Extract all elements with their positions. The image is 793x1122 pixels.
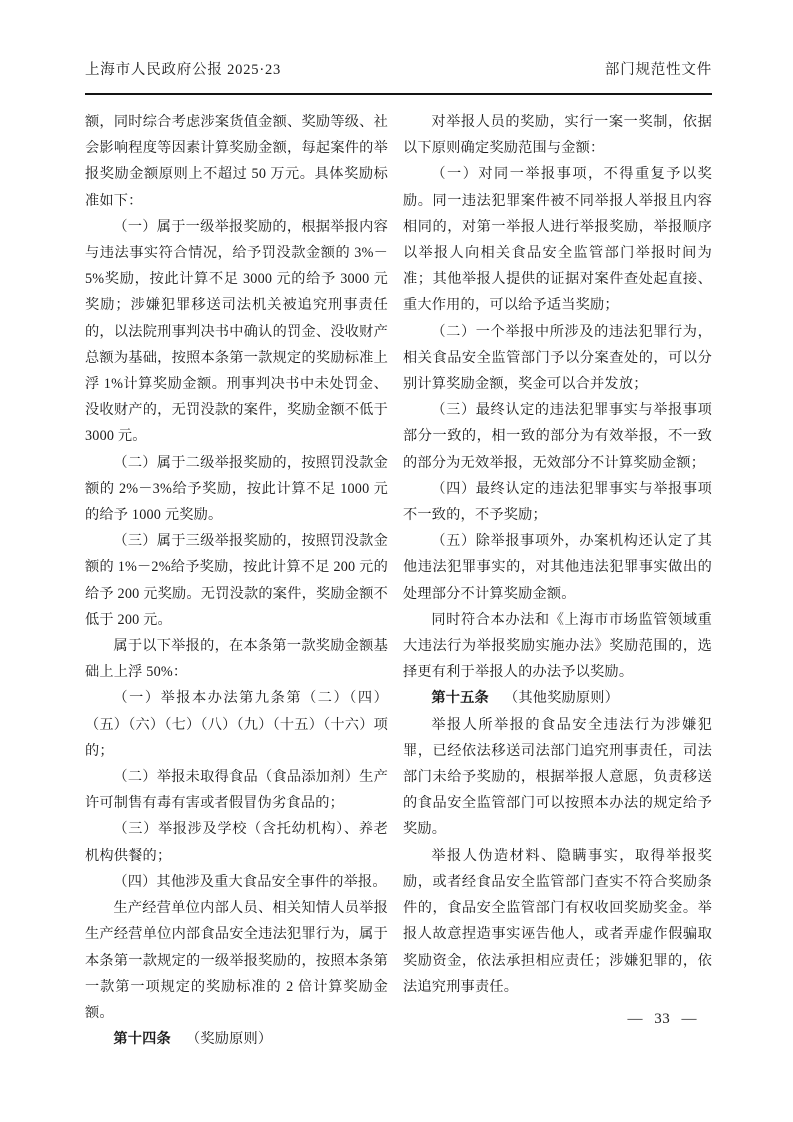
paragraph: （二）属于二级举报奖励的，按照罚没款金额的 2%－3%给予奖励，按此计算不足 1… — [85, 450, 388, 529]
paragraph-text: （三）属于三级举报奖励的，按照罚没款金额的 1%－2%给予奖励，按此计算不足 2… — [85, 533, 388, 628]
page-header: 上海市人民政府公报 2025·23 部门规范性文件 — [85, 58, 712, 79]
paragraph: 第十五条（其他奖励原则） — [403, 685, 712, 711]
header-divider — [85, 93, 712, 95]
paragraph-text: （一）属于一级举报奖励的，根据举报内容与违法事实符合情况，给予罚没款金额的 3%… — [85, 219, 388, 445]
paragraph-text: （其他奖励原则） — [504, 690, 619, 706]
paragraph: 举报人所举报的食品安全违法行为涉嫌犯罪，已经依法移送司法部门追究刑事责任，司法部… — [403, 712, 712, 843]
paragraph: 举报人伪造材料、隐瞒事实，取得举报奖励，或者经食品安全监管部门查实不符合奖励条件… — [403, 843, 712, 1000]
paragraph-text: （二）一个举报中所涉及的违法犯罪行为，相关食品安全监管部门予以分案查处的，可以分… — [403, 324, 712, 392]
paragraph-text: （三）最终认定的违法犯罪事实与举报事项部分一致的，相一致的部分为有效举报，不一致… — [403, 402, 712, 470]
paragraph: 生产经营单位内部人员、相关知情人员举报生产经营单位内部食品安全违法犯罪行为，属于… — [85, 895, 388, 1026]
paragraph-text: （一）举报本办法第九条第（二）（四）（五）（六）（七）（八）（九）（十五）（十六… — [85, 690, 388, 758]
paragraph: （四）其他涉及重大食品安全事件的举报。 — [85, 869, 388, 895]
paragraph-text: （二）属于二级举报奖励的，按照罚没款金额的 2%－3%给予奖励，按此计算不足 1… — [85, 455, 388, 523]
paragraph-text: （四）其他涉及重大食品安全事件的举报。 — [113, 874, 386, 890]
paragraph: 第十四条（奖励原则） — [85, 1026, 388, 1052]
paragraph-text: 同时符合本办法和《上海市市场监管领域重大违法行为举报奖励实施办法》奖励范围的，选… — [403, 612, 712, 680]
paragraph: 对举报人员的奖励，实行一案一奖制，依据以下原则确定奖励范围与金额： — [403, 109, 712, 161]
paragraph: （三）最终认定的违法犯罪事实与举报事项部分一致的，相一致的部分为有效举报，不一致… — [403, 397, 712, 476]
gazette-page: 上海市人民政府公报 2025·23 部门规范性文件 额，同时综合考虑涉案货值金额… — [0, 0, 793, 1122]
paragraph-text: 对举报人员的奖励，实行一案一奖制，依据以下原则确定奖励范围与金额： — [403, 114, 712, 156]
paragraph: （二）举报未取得食品（食品添加剂）生产许可制售有毒有害或者假冒伪劣食品的； — [85, 764, 388, 816]
article-number: 第十四条 — [113, 1031, 171, 1047]
right-column: 对举报人员的奖励，实行一案一奖制，依据以下原则确定奖励范围与金额：（一）对同一举… — [403, 109, 712, 1052]
paragraph: （五）除举报事项外，办案机构还认定了其他违法犯罪事实的，对其他违法犯罪事实做出的… — [403, 528, 712, 607]
paragraph: 属于以下举报的，在本条第一款奖励金额基础上上浮 50%： — [85, 633, 388, 685]
paragraph-text: （奖励原则） — [186, 1031, 272, 1047]
paragraph: （二）一个举报中所涉及的违法犯罪行为，相关食品安全监管部门予以分案查处的，可以分… — [403, 319, 712, 398]
page-number: — 33 — — [628, 1011, 698, 1027]
paragraph: （三）举报涉及学校（含托幼机构）、养老机构供餐的； — [85, 816, 388, 868]
page-footer: — 33 — — [85, 1011, 697, 1028]
paragraph: 额，同时综合考虑涉案货值金额、奖励等级、社会影响程度等因素计算奖励金额，每起案件… — [85, 109, 388, 214]
paragraph: （四）最终认定的违法犯罪事实与举报事项不一致的，不予奖励； — [403, 476, 712, 528]
header-gazette-title: 上海市人民政府公报 2025·23 — [85, 58, 281, 79]
article-number: 第十五条 — [431, 690, 489, 706]
paragraph-text: （五）除举报事项外，办案机构还认定了其他违法犯罪事实的，对其他违法犯罪事实做出的… — [403, 533, 712, 601]
paragraph: （一）对同一举报事项，不得重复予以奖励。同一违法犯罪案件被不同举报人举报且内容相… — [403, 161, 712, 318]
paragraph-text: 举报人伪造材料、隐瞒事实，取得举报奖励，或者经食品安全监管部门查实不符合奖励条件… — [403, 848, 712, 995]
paragraph-text: （一）对同一举报事项，不得重复予以奖励。同一违法犯罪案件被不同举报人举报且内容相… — [403, 166, 712, 313]
paragraph-text: （二）举报未取得食品（食品添加剂）生产许可制售有毒有害或者假冒伪劣食品的； — [85, 769, 388, 811]
paragraph-text: 生产经营单位内部人员、相关知情人员举报生产经营单位内部食品安全违法犯罪行为，属于… — [85, 900, 388, 1021]
header-section-label: 部门规范性文件 — [605, 58, 712, 79]
paragraph-text: 属于以下举报的，在本条第一款奖励金额基础上上浮 50%： — [85, 638, 388, 680]
paragraph-text: （三）举报涉及学校（含托幼机构）、养老机构供餐的； — [85, 821, 388, 863]
paragraph: （一）属于一级举报奖励的，根据举报内容与违法事实符合情况，给予罚没款金额的 3%… — [85, 214, 388, 450]
paragraph-text: （四）最终认定的违法犯罪事实与举报事项不一致的，不予奖励； — [403, 481, 712, 523]
paragraph-text: 额，同时综合考虑涉案货值金额、奖励等级、社会影响程度等因素计算奖励金额，每起案件… — [85, 114, 388, 209]
paragraph: 同时符合本办法和《上海市市场监管领域重大违法行为举报奖励实施办法》奖励范围的，选… — [403, 607, 712, 686]
left-column: 额，同时综合考虑涉案货值金额、奖励等级、社会影响程度等因素计算奖励金额，每起案件… — [85, 109, 388, 1052]
document-body: 额，同时综合考虑涉案货值金额、奖励等级、社会影响程度等因素计算奖励金额，每起案件… — [85, 109, 712, 1052]
paragraph-text: 举报人所举报的食品安全违法行为涉嫌犯罪，已经依法移送司法部门追究刑事责任，司法部… — [403, 717, 712, 838]
paragraph: （一）举报本办法第九条第（二）（四）（五）（六）（七）（八）（九）（十五）（十六… — [85, 685, 388, 764]
paragraph: （三）属于三级举报奖励的，按照罚没款金额的 1%－2%给予奖励，按此计算不足 2… — [85, 528, 388, 633]
